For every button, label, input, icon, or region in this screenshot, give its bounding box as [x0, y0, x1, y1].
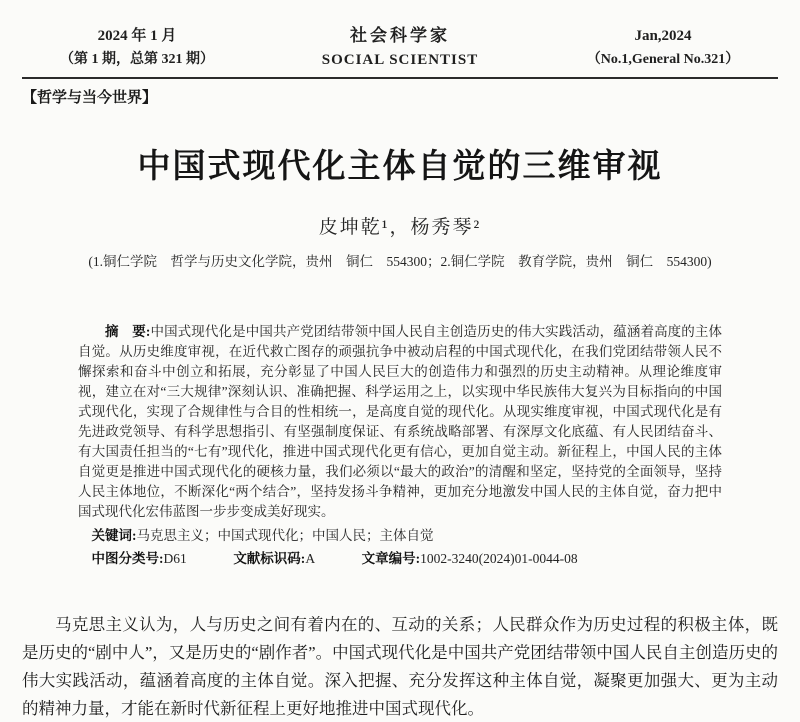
- author-affiliations: (1.铜仁学院 哲学与历史文化学院，贵州 铜仁 554300；2.铜仁学院 教育…: [22, 250, 778, 270]
- doc-code-pair: 文献标识码:A: [233, 551, 315, 566]
- issue-info-cn: 2024 年 1 月 （第 1 期，总第 321 期）: [22, 24, 252, 72]
- abstract-paragraph: 摘 要:中国式现代化是中国共产党团结带领中国人民自主创造历史的伟大实践活动，蕴涵…: [78, 322, 722, 522]
- author-names: 皮坤乾¹，杨秀琴²: [22, 212, 778, 239]
- journal-name-en: SOCIAL SCIENTIST: [252, 48, 548, 72]
- keywords-label: 关键词:: [92, 528, 137, 543]
- article-id-pair: 文章编号:1002-3240(2024)01-0044-08: [362, 551, 578, 566]
- journal-name: 社会科学家 SOCIAL SCIENTIST: [252, 24, 548, 72]
- issue-info-en: Jan,2024 （No.1,General No.321）: [548, 24, 778, 72]
- classification-line: 中图分类号:D61 文献标识码:A 文章编号:1002-3240(2024)01…: [78, 548, 722, 569]
- article-id-value: 1002-3240(2024)01-0044-08: [420, 551, 577, 566]
- issue-date-cn: 2024 年 1 月: [22, 24, 252, 48]
- journal-header: 2024 年 1 月 （第 1 期，总第 321 期） 社会科学家 SOCIAL…: [22, 0, 778, 72]
- doc-code-label: 文献标识码:: [233, 551, 305, 566]
- article-title: 中国式现代化主体自觉的三维审视: [22, 140, 778, 187]
- keywords-text: 马克思主义；中国式现代化；中国人民；主体自觉: [137, 528, 434, 543]
- clc-label: 中图分类号:: [92, 551, 164, 566]
- header-divider: [22, 77, 778, 79]
- clc-pair: 中图分类号:D61: [92, 551, 187, 566]
- article-id-label: 文章编号:: [362, 551, 421, 566]
- issue-date-en: Jan,2024: [548, 24, 778, 48]
- column-section-tag: 【哲学与当今世界】: [22, 86, 778, 107]
- keywords-line: 关键词:马克思主义；中国式现代化；中国人民；主体自觉: [78, 525, 722, 546]
- issue-number-cn: （第 1 期，总第 321 期）: [22, 48, 252, 72]
- journal-name-cn: 社会科学家: [252, 24, 548, 48]
- clc-value: D61: [164, 551, 187, 566]
- body-paragraph: 马克思主义认为，人与历史之间有着内在的、互动的关系；人民群众作为历史过程的积极主…: [22, 611, 778, 722]
- abstract-label: 摘 要:: [105, 324, 150, 339]
- abstract-block: 摘 要:中国式现代化是中国共产党团结带领中国人民自主创造历史的伟大实践活动，蕴涵…: [78, 322, 722, 569]
- issue-number-en: （No.1,General No.321）: [548, 48, 778, 72]
- journal-first-page: 2024 年 1 月 （第 1 期，总第 321 期） 社会科学家 SOCIAL…: [0, 0, 800, 722]
- doc-code-value: A: [305, 551, 315, 566]
- abstract-text: 中国式现代化是中国共产党团结带领中国人民自主创造历史的伟大实践活动，蕴涵着高度的…: [78, 324, 722, 519]
